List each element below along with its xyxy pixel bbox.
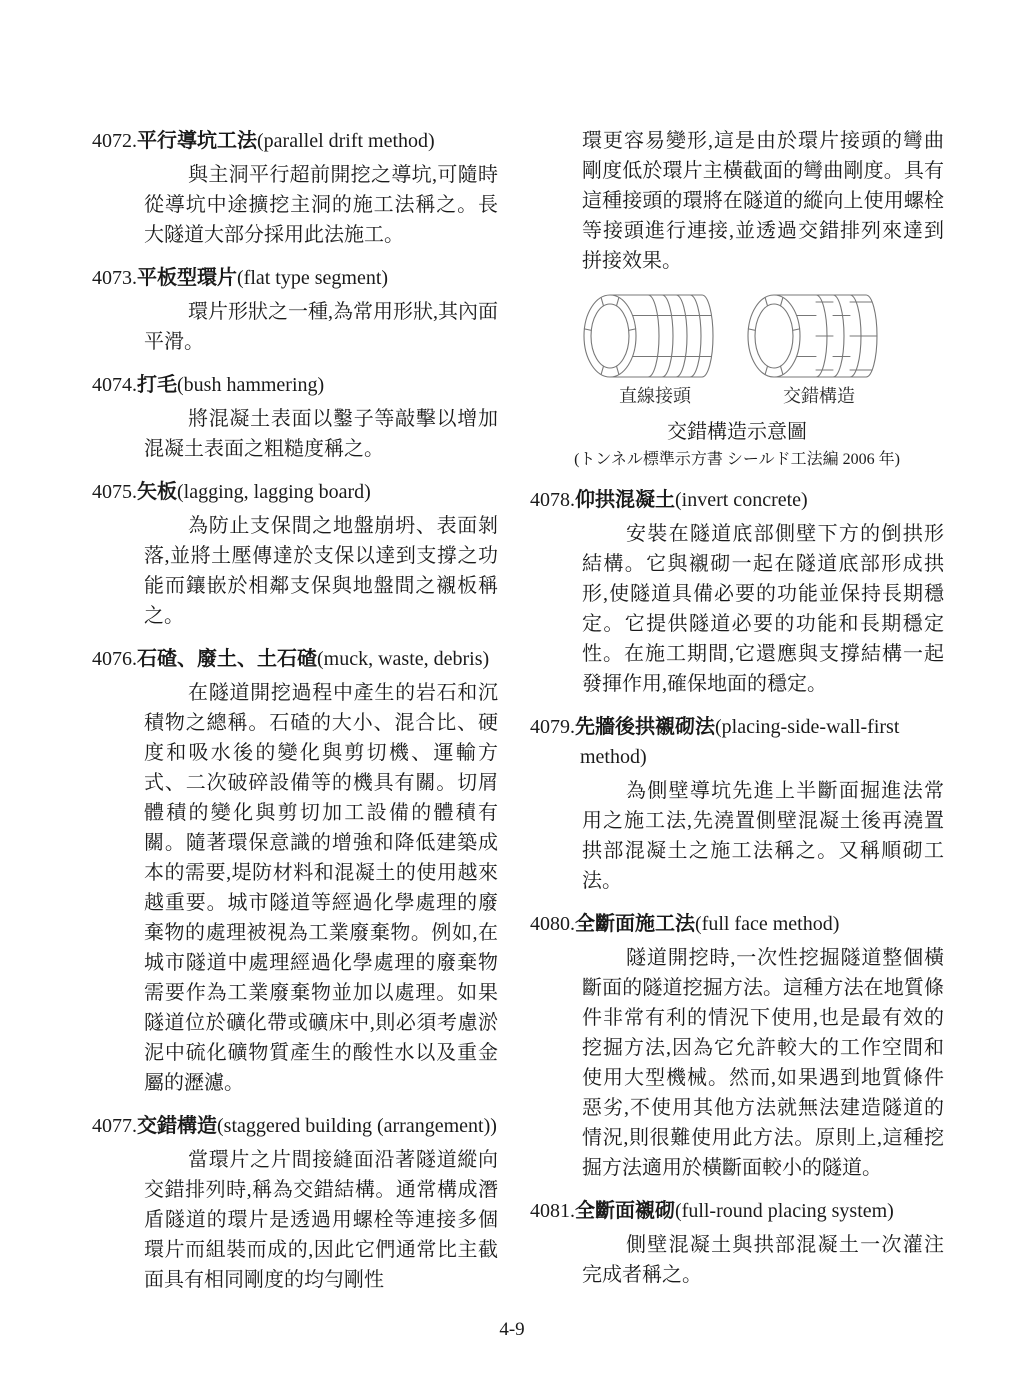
entry-term: 交錯構造 [137,1115,217,1137]
document-page: 4072.平行導坑工法(parallel drift method) 與主洞平行… [0,0,1024,1400]
entry-english: (full face method) [695,913,839,935]
entry-definition: 與主洞平行超前開挖之導坑,可隨時從導坑中途擴挖主洞的施工法稱之。長大隧道大部分採… [92,160,498,250]
entry-heading: 4073.平板型環片(flat type segment) [92,263,498,293]
entry-english: (parallel drift method) [257,130,435,152]
entry-heading: 4078.仰拱混凝土(invert concrete) [530,485,944,515]
entry-4072: 4072.平行導坑工法(parallel drift method) 與主洞平行… [92,126,498,250]
entry-number: 4076. [92,648,137,670]
entry-number: 4072. [92,130,137,152]
entry-4073: 4073.平板型環片(flat type segment) 環片形狀之一種,為常… [92,263,498,357]
entry-number: 4075. [92,481,137,503]
entry-term: 矢板 [137,481,177,503]
entry-4074: 4074.打毛(bush hammering) 將混凝土表面以鑿子等敲擊以增加混… [92,370,498,464]
entry-4076: 4076.石碴、廢土、土石碴(muck, waste, debris) 在隧道開… [92,644,498,1098]
entry-term: 打毛 [137,374,177,396]
figure-caption: 交錯構造示意圖 [530,418,944,446]
entry-4078: 4078.仰拱混凝土(invert concrete) 安裝在隧道底部側壁下方的… [530,485,944,699]
figure-item-straight-joint: 直線接頭 [580,290,730,408]
entry-number: 4081. [530,1200,575,1222]
entry-4075: 4075.矢板(lagging, lagging board) 為防止支保間之地… [92,477,498,631]
entry-term: 平行導坑工法 [137,130,257,152]
entry-number: 4078. [530,489,575,511]
entry-definition: 環片形狀之一種,為常用形狀,其內面平滑。 [92,297,498,357]
entry-heading: 4075.矢板(lagging, lagging board) [92,477,498,507]
figure-item-staggered: 交錯構造 [744,290,894,408]
entry-heading: 4074.打毛(bush hammering) [92,370,498,400]
entry-heading: 4077.交錯構造(staggered building (arrangemen… [92,1111,498,1141]
entry-heading: 4072.平行導坑工法(parallel drift method) [92,126,498,156]
right-column: 環更容易變形,這是由於環片接頭的彎曲剛度低於環片主橫截面的彎曲剛度。具有這種接頭… [530,126,944,1290]
entry-4080: 4080.全斷面施工法(full face method) 隧道開挖時,一次性挖… [530,909,944,1183]
entry-number: 4073. [92,267,137,289]
entry-heading: 4079.先牆後拱襯砌法(placing-side-wall-first met… [530,712,944,772]
staggered-structure-cylinder-drawing [744,290,894,382]
entry-english: (full-round placing system) [675,1200,894,1222]
entry-number: 4074. [92,374,137,396]
entry-4079: 4079.先牆後拱襯砌法(placing-side-wall-first met… [530,712,944,896]
entry-heading: 4080.全斷面施工法(full face method) [530,909,944,939]
entry-definition: 側壁混凝土與拱部混凝土一次灌注完成者稱之。 [530,1230,944,1290]
entry-definition: 當環片之片間接縫面沿著隧道縱向交錯排列時,稱為交錯結構。通常構成潛盾隧道的環片是… [92,1145,498,1295]
entry-number: 4080. [530,913,575,935]
entry-english: (staggered building (arrangement)) [217,1115,497,1137]
entry-definition: 為防止支保間之地盤崩坍、表面剝落,並將土壓傳達於支保以達到支撐之功能而鑲嵌於相鄰… [92,511,498,631]
entry-term: 仰拱混凝土 [575,489,675,511]
entry-4081: 4081.全斷面襯砌(full-round placing system) 側壁… [530,1196,944,1290]
figure-drawings: 直線接頭 [530,290,944,408]
entry-definition: 安裝在隧道底部側壁下方的倒拱形結構。它與襯砌一起在隧道底部形成拱形,使隧道具備必… [530,519,944,699]
figure-label-straight-joint: 直線接頭 [619,384,691,408]
entry-english: (muck, waste, debris) [317,648,489,670]
figure-label-staggered: 交錯構造 [783,384,855,408]
entry-term: 全斷面施工法 [575,913,695,935]
entry-english: (bush hammering) [177,374,324,396]
entry-english: (flat type segment) [237,267,388,289]
straight-joint-cylinder-drawing [580,290,730,382]
entry-definition: 將混凝土表面以鑿子等敲擊以增加混凝土表面之粗糙度稱之。 [92,404,498,464]
entry-term: 全斷面襯砌 [575,1200,675,1222]
entry-term: 石碴、廢土、土石碴 [137,648,317,670]
entry-heading: 4076.石碴、廢土、土石碴(muck, waste, debris) [92,644,498,674]
entry-english: (lagging, lagging board) [177,481,371,503]
entry-number: 4079. [530,716,575,738]
entry-heading: 4081.全斷面襯砌(full-round placing system) [530,1196,944,1226]
entry-definition: 在隧道開挖過程中產生的岩石和沉積物之總稱。石碴的大小、混合比、硬度和吸水後的變化… [92,678,498,1098]
left-column: 4072.平行導坑工法(parallel drift method) 與主洞平行… [92,126,498,1295]
entry-english: (invert concrete) [675,489,808,511]
figure-source: (トンネル標準示方書 シールド工法編 2006 年) [530,448,944,472]
entry-number: 4077. [92,1115,137,1137]
page-number: 4-9 [0,1318,1024,1342]
entry-term: 平板型環片 [137,267,237,289]
entry-4077-definition-continued: 環更容易變形,這是由於環片接頭的彎曲剛度低於環片主橫截面的彎曲剛度。具有這種接頭… [530,126,944,276]
entry-definition: 隧道開挖時,一次性挖掘隧道整個橫斷面的隧道挖掘方法。這種方法在地質條件非常有利的… [530,943,944,1183]
staggered-structure-figure: 直線接頭 [530,290,944,472]
entry-definition: 為側壁導坑先進上半斷面掘進法常用之施工法,先澆置側壁混凝土後再澆置拱部混凝土之施… [530,776,944,896]
entry-term: 先牆後拱襯砌法 [575,716,715,738]
entry-4077: 4077.交錯構造(staggered building (arrangemen… [92,1111,498,1295]
